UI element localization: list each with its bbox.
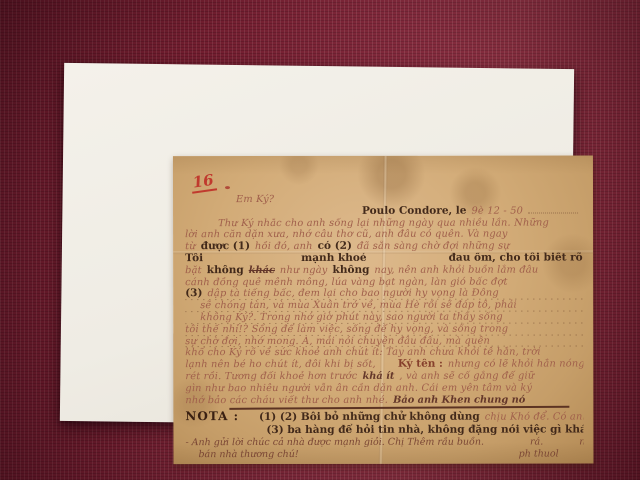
mixed-line: từđược (1)hồi đó, anhcó (2)đã sẵn sàng c… <box>185 241 583 253</box>
hw-line: sự chờ đợi, nhớ mong. À, mải nói chuyện … <box>185 335 583 347</box>
hw-line: lời anh căn dặn xưa, nhớ câu thơ cũ, anh… <box>185 229 583 241</box>
printed-text: (3) ba hàng để hỏi tin nhà, không đặng n… <box>266 423 583 437</box>
printed-text: Ký tên : <box>398 359 443 371</box>
handwritten-text: đã sẵn sàng chờ đợi những sự <box>357 241 510 253</box>
printed-text: (1) (2) Bôi bỏ những chử không dùng <box>259 411 480 424</box>
closing-line: - Anh gửi lời chúc cả nhà được mạnh giỏi… <box>185 436 583 448</box>
hw-line: Thư Ký nhắc cho anh sống lại những ngày … <box>185 217 583 229</box>
red-ink-dot <box>225 186 230 189</box>
mixed-line: bặtkhôngkhácnhư ngàykhôngnay, nên anh kh… <box>185 264 583 276</box>
handwritten-text: sẽ chóng tàn, và mùa Xuân trở về, mùa Hè… <box>200 300 517 312</box>
hand-drawn-divider <box>229 406 569 410</box>
handwritten-text: - Anh gửi lời chúc cả nhà được mạnh giỏi… <box>185 436 484 448</box>
printed-text: Tôi <box>185 253 203 265</box>
handwritten-text: rét rồi. Tương đối khoẻ hơn trước <box>185 371 357 383</box>
handwritten-text: Em Ký? <box>236 194 274 206</box>
handwritten-text: bán nhà thương chú! <box>198 448 298 460</box>
card-text-lines: Em Ký?Poulo Condore, le9è 12 - 50Thư Ký … <box>185 193 583 460</box>
handwritten-text: tôi thế nhỉ!? Sống để làm việc, sống để … <box>185 323 508 335</box>
handwritten-text: Bảo anh Khen chung nó <box>393 394 525 406</box>
printed-text: có (2) <box>318 241 352 253</box>
handwritten-text: ph thuol <box>519 448 559 460</box>
printed-text: Poulo Condore, le <box>362 205 466 217</box>
handwritten-text: nhớ bảo các cháu viết thư cho anh nhé. <box>185 394 388 406</box>
handwritten-text: từ <box>185 241 196 253</box>
handwritten-text: mý <box>579 436 583 448</box>
handwritten-text: nhưng có lẽ khỏi hẳn nóng sốt <box>448 359 583 371</box>
printed-text: NOTA : <box>185 410 239 423</box>
handwritten-text: Thư Ký nhắc cho anh sống lại những ngày … <box>218 217 549 229</box>
handwritten-text: hồi đó, anh <box>255 241 313 253</box>
nota-line-2: (3) ba hàng để hỏi tin nhà, không đặng n… <box>185 423 583 437</box>
printed-text: (3) <box>185 289 202 301</box>
poulo-condore-postcard: 16 Em Ký?Poulo Condore, le9è 12 - 50Thư … <box>173 155 594 464</box>
mixed-line: lạnh nên bé ho chút ít, đôi khi bị sốt,K… <box>185 359 583 371</box>
hw-line: (3)dập tà tiếng bấc, đem lại cho bao ngư… <box>185 288 583 300</box>
hw-line: nhớ bảo các cháu viết thư cho anh nhé.Bả… <box>185 394 583 406</box>
dotted-fill-line <box>528 211 578 213</box>
handwritten-text: rá. <box>530 436 543 448</box>
hw-line: sẽ chóng tàn, và mùa Xuân trở về, mùa Hè… <box>185 300 583 312</box>
hw-line: khổ cho Ký rõ về sức khoẻ anh chút ít: T… <box>185 347 583 359</box>
hw-line: rét rồi. Tương đối khoẻ hơn trướckhá ít,… <box>185 370 583 382</box>
handwritten-text: khổ cho Ký rõ về sức khoẻ anh chút ít: T… <box>185 347 540 359</box>
printed-text: không <box>333 265 370 277</box>
form-line: Tôimạnh khoẻđau ốm, cho tôi biết rõ tin … <box>185 252 583 264</box>
white-mount-board: 16 Em Ký?Poulo Condore, le9è 12 - 50Thư … <box>60 63 574 427</box>
handwritten-text: bặt <box>185 265 202 277</box>
hw-line: cánh đồng quê mênh mông, lúa vàng bạt ng… <box>185 276 583 288</box>
handwritten-text: nay, nên anh khỏi buồn lắm đâu <box>374 264 538 276</box>
handwritten-text: cánh đồng quê mênh mông, lúa vàng bạt ng… <box>185 276 508 288</box>
handwritten-text: chịu Khó để. Có anh chúng nó <box>485 411 584 424</box>
dateline: Poulo Condore, le9è 12 - 50 <box>185 205 583 217</box>
printed-text: không <box>207 265 244 277</box>
annotation-line: Em Ký? <box>185 193 583 205</box>
handwritten-text: 9è 12 - 50 <box>471 205 523 217</box>
printed-text: đau ốm, cho tôi biết rõ tin nhà, <box>449 252 584 264</box>
handwritten-text: không Ký?. Trong nhớ giờ phút này, sao n… <box>200 312 503 324</box>
handwritten-text: khá ít <box>362 371 394 383</box>
handwritten-text: , và anh sẽ cố gắng để giữ <box>399 371 534 383</box>
photo-of-postcard: { "scene": { "description": "Photograph … <box>0 0 640 480</box>
printed-text: được (1) <box>201 241 250 253</box>
divider-line <box>185 406 583 411</box>
handwritten-text: gìn như bao nhiêu người vẫn ân cần dặn a… <box>185 382 532 394</box>
nota-line-1: NOTA :(1) (2) Bôi bỏ những chử không dùn… <box>185 410 583 424</box>
hw-line: không Ký?. Trong nhớ giờ phút này, sao n… <box>185 311 583 323</box>
handwritten-text: khác <box>249 265 275 277</box>
handwritten-text: dập tà tiếng bấc, đem lại cho bao người … <box>207 288 498 300</box>
handwritten-text: sự chờ đợi, nhớ mong. À, mải nói chuyện … <box>185 335 490 347</box>
handwritten-text: lạnh nên bé ho chút ít, đôi khi bị sốt, <box>185 359 376 371</box>
hw-line: gìn như bao nhiêu người vẫn ân cần dặn a… <box>185 382 583 394</box>
handwritten-text: lời anh căn dặn xưa, nhớ câu thơ cũ, anh… <box>185 229 508 241</box>
handwritten-text: như ngày <box>280 265 328 277</box>
printed-text: mạnh khoẻ <box>301 253 366 265</box>
red-censor-number: 16 <box>190 172 217 193</box>
hw-line: tôi thế nhỉ!? Sống để làm việc, sống để … <box>185 323 583 335</box>
closing-line: bán nhà thương chú!ph thuol <box>185 448 583 460</box>
